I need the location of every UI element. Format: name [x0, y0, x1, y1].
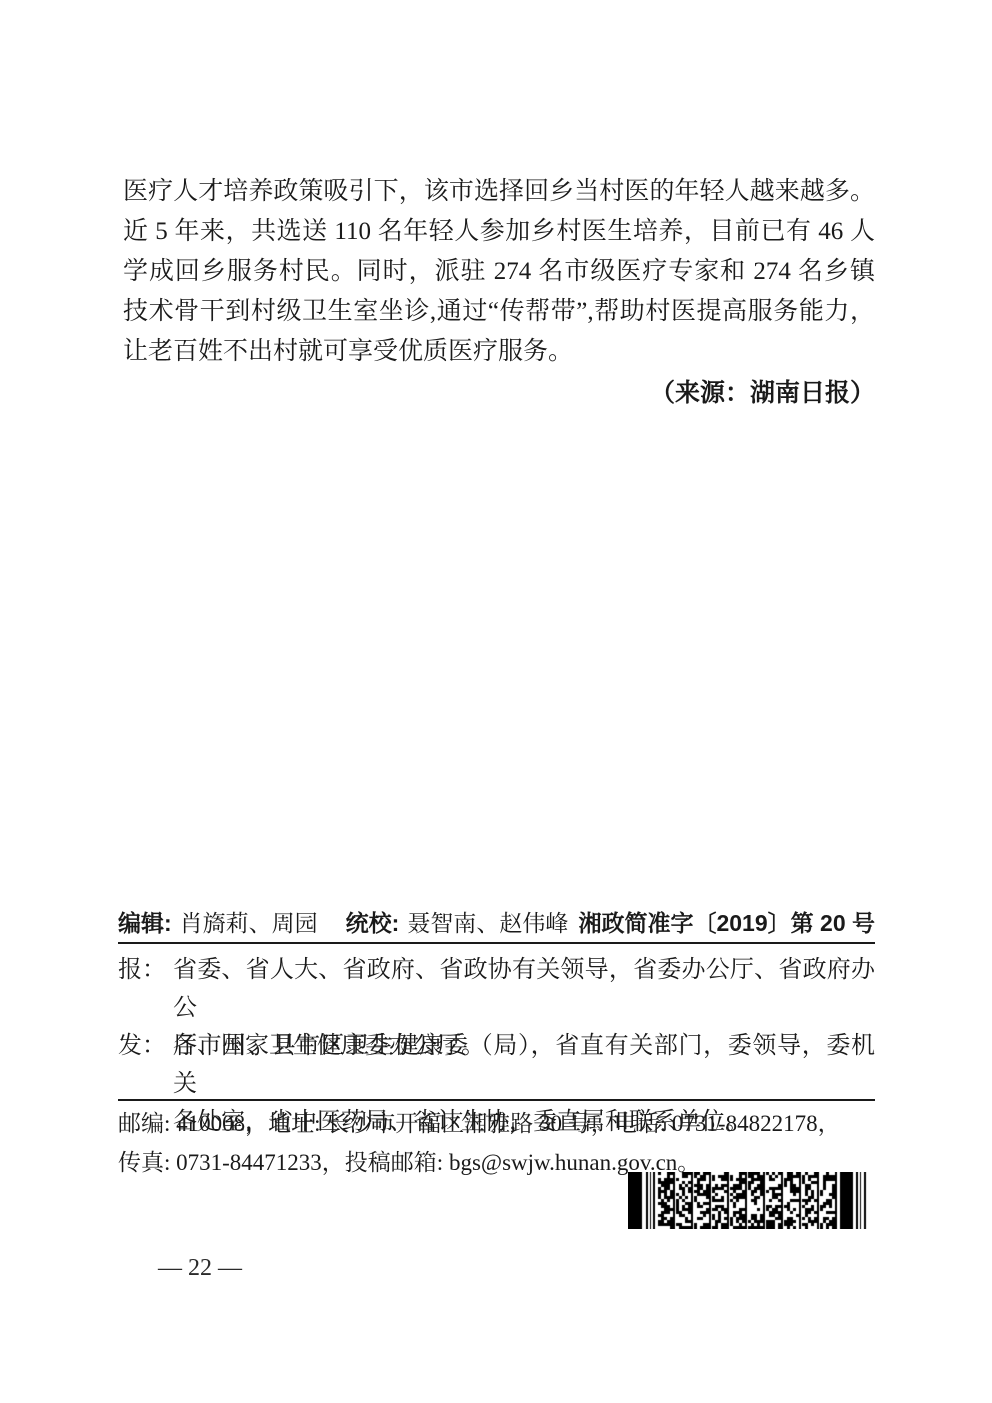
- colophon-editor-row: 编辑: 肖旖莉、周园 统校: 聂智南、赵伟峰 湘政简准字〔2019〕第 20 号: [118, 906, 875, 941]
- proofreader-label: 统校:: [346, 906, 400, 940]
- paragraph-line: 技术骨干到村级卫生室坐诊,通过“传帮带”,帮助村医提高服务能力，: [123, 292, 875, 332]
- issue-line: 各市州、县市区卫生健康委（局），省直有关部门，委领导，委机关: [173, 1027, 875, 1103]
- article-paragraph: 医疗人才培养政策吸引下，该市选择回乡当村医的年轻人越来越多。 近 5 年来，共选…: [123, 172, 875, 372]
- paragraph-line: 近 5 年来，共选送 110 名年轻人参加乡村医生培养，目前已有 46 人: [123, 212, 875, 252]
- editor-names: 肖旖莉、周园: [180, 907, 318, 941]
- divider-rule: [118, 1099, 875, 1101]
- contact-line: 邮编: 410008，地址: 长沙市开福区湘雅路 30 号，电话: 0731-8…: [118, 1104, 875, 1143]
- proofreader-names: 聂智南、赵伟峰: [407, 907, 568, 941]
- barcode-image: [628, 1172, 868, 1229]
- paragraph-line: 医疗人才培养政策吸引下，该市选择回乡当村医的年轻人越来越多。: [123, 172, 875, 212]
- editor-label: 编辑:: [118, 906, 172, 940]
- issue-label: 发：: [118, 1027, 166, 1065]
- contact-info: 邮编: 410008，地址: 长沙市开福区湘雅路 30 号，电话: 0731-8…: [118, 1104, 875, 1182]
- doc-number: 湘政简准字〔2019〕第 20 号: [578, 906, 875, 940]
- report-label: 报：: [118, 951, 166, 989]
- document-page: 医疗人才培养政策吸引下，该市选择回乡当村医的年轻人越来越多。 近 5 年来，共选…: [0, 0, 992, 1403]
- article-source: （来源：湖南日报）: [123, 374, 875, 414]
- page-number: — 22 —: [140, 1253, 260, 1283]
- report-line: 省委、省人大、省政府、省政协有关领导，省委办公厅、省政府办公: [173, 951, 875, 1027]
- paragraph-line: 让老百姓不出村就可享受优质医疗服务。: [123, 332, 875, 372]
- paragraph-line: 学成回乡服务村民。同时，派驻 274 名市级医疗专家和 274 名乡镇: [123, 252, 875, 292]
- divider-rule: [118, 942, 875, 944]
